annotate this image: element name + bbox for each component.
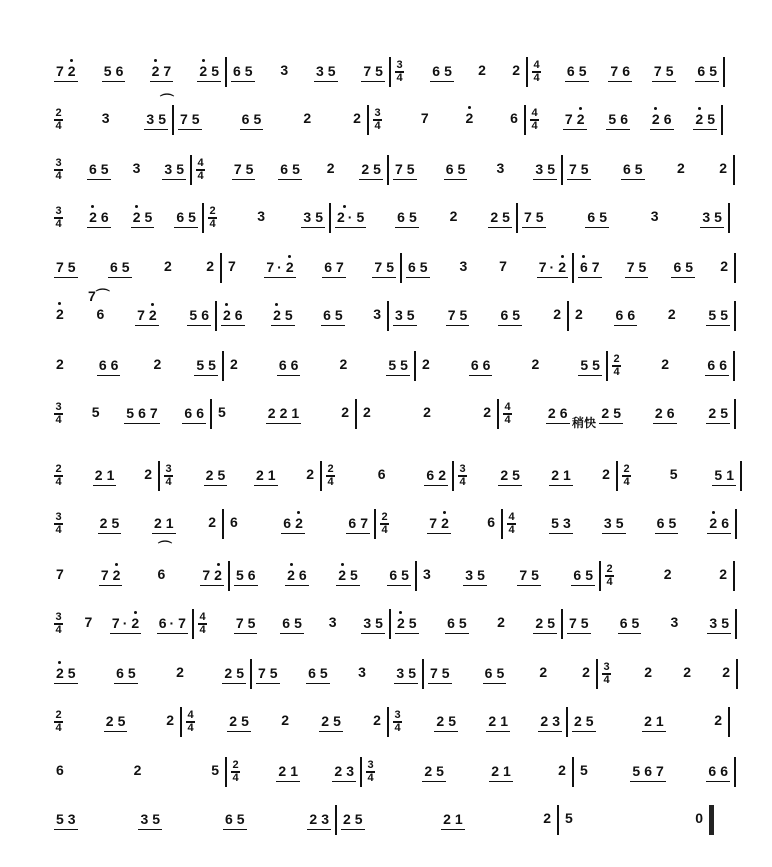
note: 5 [436,763,444,779]
measure: 2565225 [391,604,561,644]
measure: 66267 [224,504,374,544]
measure: 2422 [601,556,733,596]
beat-group: 25 [131,209,155,228]
beat-group: 2 [580,664,592,684]
beat-group: 3 [649,208,661,228]
note: 5 [335,307,343,323]
beat-group: 2 [304,466,316,486]
note: 2 [709,515,717,531]
note: 5 [442,665,450,681]
note: 3 [702,209,710,225]
note: 5 [236,665,244,681]
beat-group: 65 [174,209,198,228]
note: 6 [620,111,628,127]
note: 2 [540,713,548,729]
barline [734,399,736,429]
beat-group: 2 [448,208,460,228]
beat-group: 2 [204,258,216,278]
beat-group: 65 [278,161,302,180]
beat-group: 6 [156,566,168,586]
beat-group: 75 [625,259,649,278]
beat-group: 23 [307,811,331,830]
beat-group: 75 [372,259,396,278]
note: 3 [68,811,76,827]
beat-group: 25 [533,615,557,634]
barline [734,301,736,331]
note: 2 [558,259,566,275]
time-signature: 24 [54,465,63,487]
note: 5 [458,161,466,177]
note: 2 [722,664,730,680]
measure: 7565335 [252,654,422,694]
time-signature: 44 [503,403,512,425]
barline [734,757,736,787]
beat-group: 25 [599,405,623,424]
beat-group: 2 [361,404,373,424]
note: 7 [112,615,127,631]
note: 5 [477,567,485,583]
note: 2 [340,356,348,372]
beat-group: 35 [138,811,162,830]
barline [734,253,736,283]
beat-group: 75 [517,567,541,586]
note: 2 [466,110,474,126]
note: 3 [604,515,612,531]
note: 6 [111,357,119,373]
beat-group: 6 [376,466,388,486]
beat-group: 2 [541,810,553,830]
note: 5 [581,615,589,631]
note: 2 [278,763,286,779]
beat-group: 65 [618,615,642,634]
beat-group: 2 [530,356,542,376]
note: 6 [378,466,386,482]
note: 5 [409,209,417,225]
note: 1 [291,405,299,421]
beat-group: 25 [336,567,360,586]
note: 5 [158,111,166,127]
beat-group: 2 [551,306,563,326]
beat-group: 2 [556,762,568,782]
note: 5 [375,63,383,79]
note: 2 [106,713,114,729]
beat-group: 25 [335,209,366,228]
beat-group: 65 [444,161,468,180]
note: 5 [632,615,640,631]
note: 1 [455,811,463,827]
note: 7 [180,111,188,127]
beat-group: 35 [393,307,417,326]
beat-group: 65 [565,63,589,82]
measure: 756522 [174,100,367,140]
note: 6 [573,567,581,583]
beat-group: 53 [54,811,78,830]
beat-group: 72 [135,307,159,326]
note: 5 [241,713,249,729]
measure: 34556766 [50,394,210,434]
note: 2 [548,405,556,421]
note: 2 [661,356,669,372]
measure: 266255 [224,346,414,386]
note: 5 [408,665,416,681]
beat-group: 6 [508,110,520,130]
note: 2 [668,306,676,322]
beat-group: 2 [339,404,351,424]
note: 2 [341,404,349,420]
measure: 50 [559,800,709,840]
beat-group: 75 [361,63,385,82]
measure: 266255 [416,346,606,386]
beat-group: 25 [54,665,78,684]
note: 5 [285,307,293,323]
note: 3 [358,664,366,680]
beat-group: 2 [420,356,432,376]
time-signature: 44 [196,159,205,181]
note: 6 [230,514,238,530]
note: 6 [673,259,681,275]
beat-group: 26 [87,209,111,228]
note: 5 [420,259,428,275]
measure: 44252252 [182,702,387,742]
note: 6 [500,307,508,323]
beat-group: 2 [279,712,291,732]
note: 2 [512,62,520,78]
note: 2 [602,466,610,482]
measure: 556766 [574,752,734,792]
turn-mark-icon: ⌒ [160,91,174,111]
note: 2 [664,566,672,582]
note: 5 [211,63,219,79]
note: 2 [199,63,207,79]
note: 7 [654,63,662,79]
time-signature: 34 [54,613,63,635]
beat-group: 7 [419,110,431,130]
note: 3 [102,110,110,126]
beat-group: 2 [228,356,240,376]
note: 5 [400,357,408,373]
beat-group: 25 [422,763,446,782]
beat-group: 25 [204,467,228,486]
beat-group: 3 [131,160,143,180]
beat-group: 25 [341,811,365,830]
note: 5 [211,762,219,778]
beat-group: 66 [706,763,730,782]
beat-group: 21 [93,467,117,486]
note: 2 [334,763,342,779]
note: 7 [569,615,577,631]
note: 5 [714,467,722,483]
beat-group: 35 [700,209,724,228]
note: 3 [651,208,659,224]
note: 1 [107,467,115,483]
note: 2 [154,356,162,372]
note: 3 [395,307,403,323]
beat-group: 2 [662,566,674,586]
note: 2 [149,307,157,323]
note: 2 [224,665,232,681]
note: 5 [496,665,504,681]
note: 6 [426,467,434,483]
measure: 2625653 [217,296,387,336]
note: 5 [217,467,225,483]
note: 5 [685,259,693,275]
beat-group: 27 [150,63,174,82]
measure: 3575652 [389,296,567,336]
note: 5 [192,111,200,127]
note: 6 [282,615,290,631]
beat-group: 75 [234,615,258,634]
measure: 7726775 [222,248,400,288]
note: 6 [719,357,727,373]
note: 6 [389,567,397,583]
beat-group: 65 [306,665,330,684]
beat-group: 567 [630,763,665,782]
measure: 6775652 [574,248,734,288]
staff-row: 24212342521224662342521224551 [50,456,742,496]
beat-group: 75 [567,161,591,180]
measure: 653772 [402,248,572,288]
beat-group: 65 [387,567,411,586]
note: 3 [303,209,311,225]
note: 6 [697,63,705,79]
note: 2 [714,712,722,728]
note: 5 [401,567,409,583]
measure: 72562725 [50,52,225,92]
note: 6 [89,161,97,177]
note: 2 [230,356,238,372]
note: 5 [237,811,245,827]
beat-group: 56 [234,567,258,586]
beat-group: 21 [254,467,278,486]
staff-row: 6252421233425212556766 [50,752,736,792]
beat-group: 6 [54,762,66,782]
note: 2 [553,306,561,322]
beat-group: 7 [83,614,95,634]
beat-group: 25 [104,713,128,732]
time-signature: 34 [602,663,611,685]
note: 2 [695,111,703,127]
note: 6 [196,405,204,421]
beat-group: 25 [319,713,343,732]
measure: 7565335 [518,198,728,238]
note: 2 [438,467,446,483]
beat-group: 3 [255,208,267,228]
beat-group: 67 [578,259,602,278]
note: 2 [373,712,381,728]
note: 5 [632,763,640,779]
note: 5 [407,307,415,323]
tempo-marking: 稍快 [572,414,596,431]
measure: 7565335 [563,604,735,644]
beat-group: 2 [573,306,585,326]
measure: 772672 [50,556,228,596]
note: 5 [592,357,600,373]
note: 2 [309,811,317,827]
time-signature: 34 [458,465,467,487]
note: 5 [196,357,204,373]
note: 5 [616,515,624,531]
beat-group: 3 [457,258,469,278]
measure: 24212 [50,456,158,496]
staff-row: 7256272565335753465224465767565 [50,52,725,92]
staff-row: 2565225756533575652234222 [50,654,738,694]
note: 7 [565,111,573,127]
beat-group: 66 [182,405,206,424]
beat-group: 23 [332,763,356,782]
beat-group: 2 [600,466,612,486]
beat-group: 2 [510,62,522,82]
note: 7 [499,258,507,274]
note: 5 [355,811,363,827]
beat-group: 72 [537,259,568,278]
note: 5 [315,209,323,225]
note: 3 [280,62,288,78]
note: 5 [409,615,417,631]
barline [740,461,742,491]
beat-group: 5 [668,466,680,486]
note: 5 [613,405,621,421]
beat-group: 65 [406,259,430,278]
note: 5 [639,259,647,275]
turn-mark-icon: ⌒ [158,538,172,558]
beat-group: 26 [285,567,309,586]
note: 5 [356,209,364,225]
beat-group: 25 [434,713,458,732]
note: 7 [85,614,93,630]
beat-group: 5 [578,762,590,782]
measure: 24662 [322,456,452,496]
note: 6 [348,515,356,531]
beat-group: 25 [498,467,522,486]
measure: 222 [357,394,497,434]
beat-group: 26 [546,405,570,424]
barline [721,105,723,135]
note: 5 [709,63,717,79]
note: 2 [166,712,174,728]
note: 6 [587,209,595,225]
barline [736,659,738,689]
note: 2 [100,515,108,531]
beat-group: 75 [652,63,676,82]
staff-row: 342625652433525652257565335 [50,198,730,238]
note: 5 [547,161,555,177]
beat-group: 21 [276,763,300,782]
time-signature: 24 [380,513,389,535]
note: 7 [336,259,344,275]
measure: 625 [50,752,225,792]
note: 6 [308,665,316,681]
staff-row: 75652277267756537726775652 [50,248,736,288]
measure: 24266 [608,346,733,386]
beat-group: 65 [695,63,719,82]
measure: 447565335 [194,604,389,644]
time-signature: 24 [208,207,217,229]
note: 2 [652,111,660,127]
time-signature: 44 [186,711,195,733]
note: 6 [101,209,109,225]
beat-group: 55 [706,307,730,326]
note: 5 [635,161,643,177]
note: 5 [68,665,76,681]
beat-group: 2 [675,160,687,180]
note: 2 [321,713,329,729]
beat-group: 66 [614,307,638,326]
note: 5 [188,209,196,225]
note: 7 [56,566,64,582]
time-signature: 44 [507,513,516,535]
beat-group: 75 [446,307,470,326]
note: 1 [500,713,508,729]
beat-group: 2 [720,664,732,684]
note: 3 [465,567,473,583]
note: 5 [670,466,678,482]
note: 3 [140,811,148,827]
note: 2 [154,515,162,531]
note: 2 [436,713,444,729]
note: 6 [622,63,630,79]
measure: 266255 [569,296,734,336]
note: 7 [448,307,456,323]
beat-group: 53 [549,515,573,534]
staff-row: 533565232521250 [50,800,714,840]
note: 3 [396,665,404,681]
beat-group: 2 [717,566,729,586]
beat-group: 2 [476,62,488,82]
beat-group: 26 [221,307,245,326]
beat-group: 6 [95,306,107,326]
beat-group: 6 [485,514,497,534]
beat-group: 65 [223,811,247,830]
note: 5 [502,209,510,225]
note: 6 [483,357,491,373]
note: 6 [657,515,665,531]
note: 6 [176,209,184,225]
note: 1 [268,467,276,483]
note: 7 [539,259,554,275]
measure: 25212 [337,800,557,840]
note: 3 [563,515,571,531]
note: 5 [599,209,607,225]
beat-group: 75 [232,161,256,180]
measure: 34222 [598,654,736,694]
note: 3 [373,306,381,322]
time-signature: 24 [622,465,631,487]
grace-turn-icon: 7⌒ [88,286,110,306]
measure: 267256 [50,296,215,336]
note: 2 [268,405,276,421]
beat-group: 65 [445,615,469,634]
note: 6 [664,111,672,127]
note: 5 [245,63,253,79]
note: 5 [720,307,728,323]
beat-group: 2 [421,404,433,424]
beat-group: 7 [497,258,509,278]
note: 2 [719,160,727,176]
note: 2 [719,566,727,582]
beat-group: 2 [371,712,383,732]
note: 2 [397,615,405,631]
beat-group: 65 [498,307,522,326]
note: 6 [116,665,124,681]
measure: 3425212 [50,504,222,544]
note: 7 [430,665,438,681]
note: 5 [92,404,100,420]
note: 6 [447,615,455,631]
beat-group: 21 [152,515,176,534]
note: 7 [656,763,664,779]
beat-group: 2 [351,110,363,130]
note: 2 [68,63,76,79]
